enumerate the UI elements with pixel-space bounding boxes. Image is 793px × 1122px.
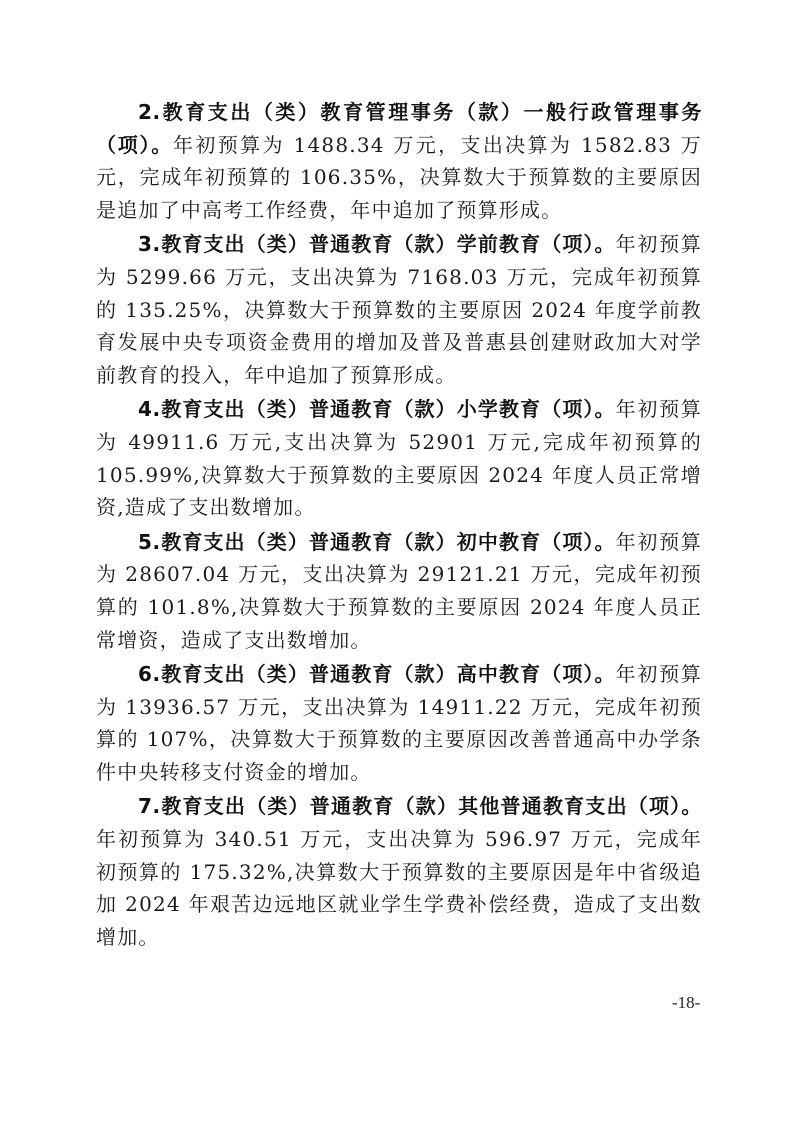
paragraph-heading: 7.教育支出（类）普通教育（款）其他普通教育支出（项）。 xyxy=(138,794,702,818)
paragraph-item-6: 6.教育支出（类）普通教育（款）高中教育（项）。年初预算为 13936.57 万… xyxy=(96,658,702,788)
paragraph-item-2: 2.教育支出（类）教育管理事务（款）一般行政管理事务（项）。年初预算为 1488… xyxy=(96,96,702,226)
document-page: 2.教育支出（类）教育管理事务（款）一般行政管理事务（项）。年初预算为 1488… xyxy=(96,96,702,955)
paragraph-heading: 4.教育支出（类）普通教育（款）小学教育（项）。 xyxy=(138,397,616,421)
paragraph-heading: 3.教育支出（类）普通教育（款）学前教育（项）。 xyxy=(138,232,616,256)
paragraph-item-7: 7.教育支出（类）普通教育（款）其他普通教育支出（项）。年初预算为 340.51… xyxy=(96,790,702,953)
paragraph-item-3: 3.教育支出（类）普通教育（款）学前教育（项）。年初预算为 5299.66 万元… xyxy=(96,228,702,391)
paragraph-body: 年初预算为 340.51 万元，支出决算为 596.97 万元，完成年初预算的 … xyxy=(96,827,702,949)
page-number: -18- xyxy=(672,993,700,1013)
paragraph-body: 年初预算为 1488.34 万元，支出决算为 1582.83 万元，完成年初预算… xyxy=(96,133,702,222)
paragraph-item-4: 4.教育支出（类）普通教育（款）小学教育（项）。年初预算为 49911.6 万元… xyxy=(96,393,702,523)
paragraph-heading: 6.教育支出（类）普通教育（款）高中教育（项）。 xyxy=(138,662,616,686)
paragraph-item-5: 5.教育支出（类）普通教育（款）初中教育（项）。年初预算为 28607.04 万… xyxy=(96,526,702,656)
paragraph-heading: 5.教育支出（类）普通教育（款）初中教育（项）。 xyxy=(138,530,616,554)
